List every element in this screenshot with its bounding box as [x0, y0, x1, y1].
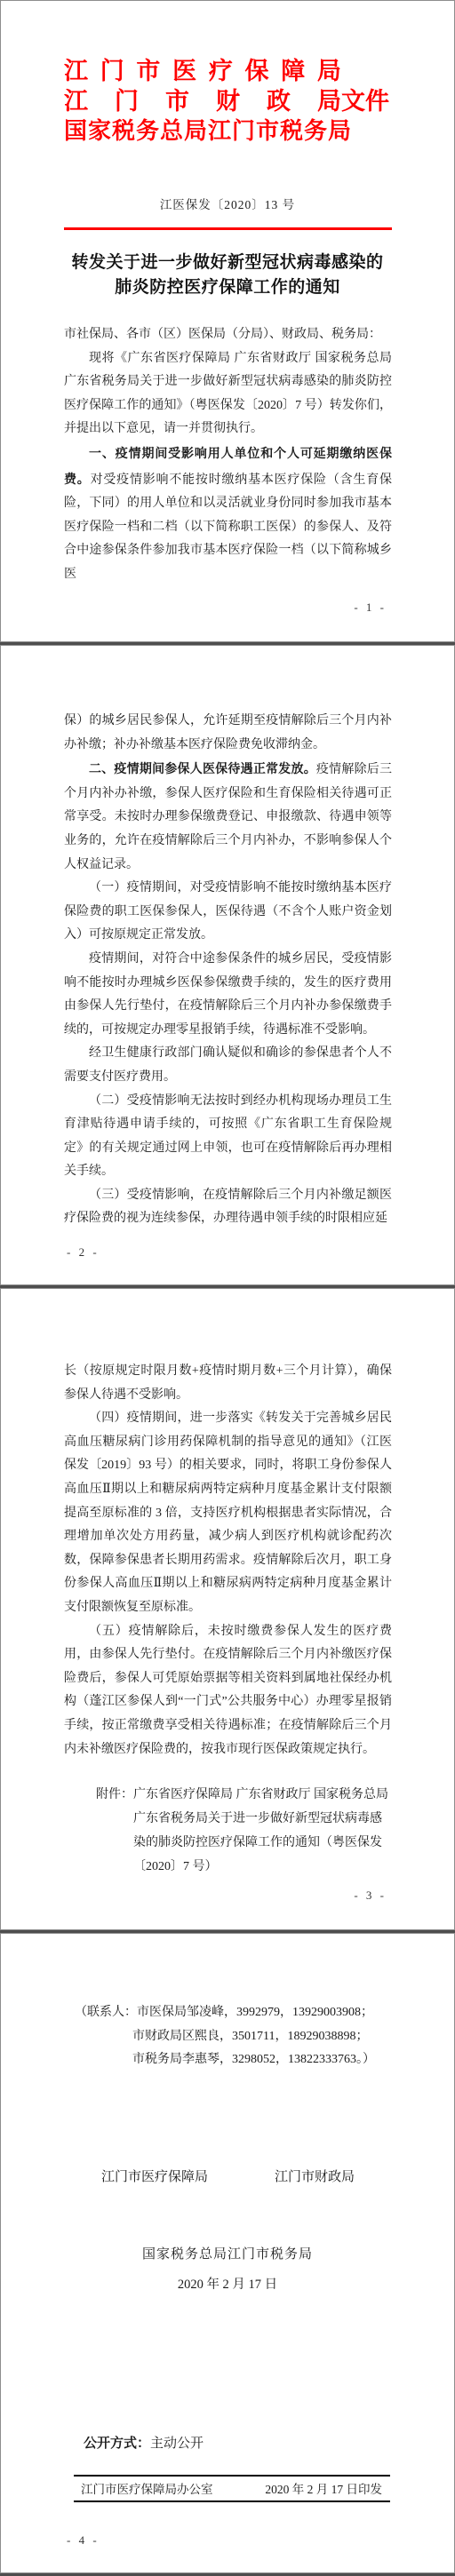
page-2-body: 保）的城乡居民参保人，允许延期至疫情解除后三个月内补办补缴；补办补缴基本医疗保险…: [64, 646, 392, 1231]
publicity-line: 公开方式：主动公开: [84, 2433, 454, 2452]
printing-info-box: 江门市医疗保障局办公室 2020 年 2 月 17 日印发: [74, 2475, 390, 2502]
publicity-label: 公开方式：: [84, 2436, 150, 2451]
page-number-2: - 2 -: [67, 1245, 100, 1260]
attachment-block: 附件： 广东省医疗保障局 广东省财政厅 国家税务总局 广东省税务局关于进一步做好…: [96, 1783, 392, 1879]
letterhead-document-suffix: 文件: [341, 86, 389, 116]
publicity-value: 主动公开: [150, 2437, 204, 2451]
page-number-4: - 4 -: [67, 2533, 100, 2548]
item-1-text: 对受疫情影响不能按时缴纳基本医疗保险（含生育保险，下同）的用人单位和以灵活就业身…: [64, 473, 392, 581]
letterhead-agency-1: 江门市医疗保障局: [64, 56, 341, 86]
document-number: 江医保发〔2020〕13 号: [1, 195, 454, 212]
page-number-3: - 3 -: [354, 1888, 387, 1903]
salutation: 市社保局、各市（区）医保局（分局）、财政局、税务局：: [64, 323, 392, 347]
attachment-label: 附件：: [96, 1783, 133, 1879]
page-number-1: - 1 -: [354, 600, 387, 615]
attachment-text: 广东省医疗保障局 广东省财政厅 国家税务总局 广东省税务局关于进一步做好新型冠状…: [133, 1783, 388, 1879]
sub-item-5-paragraph: （五）疫情解除后，未按时缴费参保人发生的医疗费用，由参保人先行垫付。在疫情解除后…: [64, 1620, 392, 1762]
red-divider-line: [64, 227, 392, 230]
official-document: 江门市医疗保障局 江门市财政局文件 国家税务总局江门市税务局 江医保发〔2020…: [0, 0, 455, 2573]
issuing-office: 江门市医疗保障局办公室: [81, 2479, 213, 2497]
contact-block: （联系人：市医保局邹凌峰，3992979，13929003908； 市财政局区熙…: [64, 1934, 392, 2072]
page-3-body: 长（按原规定时限月数+疫情时期月数+三个月计算），确保参保人待遇不受影响。 （四…: [64, 1289, 392, 1761]
contact-line-1: （联系人：市医保局邹凌峰，3992979，13929003908；: [75, 2001, 392, 2025]
print-date: 2020 年 2 月 17 日印发: [265, 2479, 382, 2497]
contact-line-3: 市税务局李惠琴，3298052，13822333763。）: [132, 2048, 392, 2072]
epidemic-rural-paragraph: 疫情期间，对符合中途参保条件的城乡居民，受疫情影响不能按时办理城乡医保参保缴费手…: [64, 948, 392, 1042]
continuation-paragraph-2: 长（按原规定时限月数+疫情时期月数+三个月计算），确保参保人待遇不受影响。: [64, 1360, 392, 1407]
item-2-text: 疫情解除后三个月内补办补缴，参保人医疗保险和生育保险相关待遇可正常享受。未按时办…: [64, 763, 392, 871]
printing-info-row: 江门市医疗保障局办公室 2020 年 2 月 17 日印发: [74, 2477, 390, 2500]
signature-row: 江门市医疗保障局 江门市财政局: [101, 2167, 355, 2185]
red-letterhead: 江门市医疗保障局 江门市财政局文件 国家税务总局江门市税务局: [64, 56, 454, 147]
page-1-body: 市社保局、各市（区）医保局（分局）、财政局、税务局： 现将《广东省医疗保障局 广…: [64, 323, 392, 587]
letterhead-agency-3: 国家税务总局江门市税务局: [64, 116, 454, 147]
sub-item-1-paragraph: （一）疫情期间，对受疫情影响不能按时缴纳基本医疗保险费的职工医保参保人，医保待遇…: [64, 877, 392, 948]
sub-item-4-paragraph: （四）疫情期间，进一步落实《转发关于完善城乡居民高血压糖尿病门诊用药保障机制的指…: [64, 1407, 392, 1619]
letterhead-agency-2-row: 江门市财政局文件: [64, 86, 454, 116]
document-title-line-2: 肺炎防控医疗保障工作的通知: [1, 275, 454, 300]
item-2-paragraph: 二、疫情期间参保人医保待遇正常发放。疫情解除后三个月内补办补缴，参保人医疗保险和…: [64, 757, 392, 877]
document-title-line-1: 转发关于进一步做好新型冠状病毒感染的: [1, 250, 454, 275]
attachment-line-2: 广东省税务局关于进一步做好新型冠状病毒感: [133, 1807, 388, 1831]
contact-line-2: 市财政局区熙良，3501711，18929038898；: [132, 2025, 392, 2049]
intro-paragraph: 现将《广东省医疗保障局 广东省财政厅 国家税务总局广东省税务局关于进一步做好新型…: [64, 347, 392, 441]
document-title: 转发关于进一步做好新型冠状病毒感染的 肺炎防控医疗保障工作的通知: [1, 250, 454, 300]
item-1-paragraph: 一、疫情期间受影响用人单位和个人可延期缴纳医保费。对受疫情影响不能按时缴纳基本医…: [64, 441, 392, 587]
attachment-line-1: 广东省医疗保障局 广东省财政厅 国家税务总局: [133, 1783, 388, 1807]
document-page-2: 保）的城乡居民参保人，允许延期至疫情解除后三个月内补办补缴；补办补缴基本医疗保险…: [0, 645, 455, 1285]
signature-date: 2020 年 2 月 17 日: [1, 2274, 454, 2293]
continuation-paragraph: 保）的城乡居民参保人，允许延期至疫情解除后三个月内补办补缴；补办补缴基本医疗保险…: [64, 710, 392, 757]
confirmed-patients-paragraph: 经卫生健康行政部门确认疑似和确诊的参保患者个人不需要支付医疗费用。: [64, 1042, 392, 1089]
document-page-1: 江门市医疗保障局 江门市财政局文件 国家税务总局江门市税务局 江医保发〔2020…: [0, 0, 455, 642]
letterhead-agency-2: 江门市财政局: [64, 86, 341, 116]
sub-item-3-paragraph: （三）受疫情影响，在疫情解除后三个月内补缴足额医疗保险费的视为连续参保，办理待遇…: [64, 1184, 392, 1231]
attachment-line-3: 染的肺炎防控医疗保障工作的通知（粤医保发: [133, 1831, 388, 1855]
signer-tax-bureau: 国家税务总局江门市税务局: [1, 2244, 454, 2262]
document-page-4: （联系人：市医保局邹凌峰，3992979，13929003908； 市财政局区熙…: [0, 1933, 455, 2573]
item-2-heading: 二、疫情期间参保人医保待遇正常发放。: [89, 761, 316, 775]
document-page-3: 长（按原规定时限月数+疫情时期月数+三个月计算），确保参保人待遇不受影响。 （四…: [0, 1288, 455, 1930]
attachment-line-4: 〔2020〕7 号）: [133, 1855, 388, 1879]
signer-finance-bureau: 江门市财政局: [275, 2167, 355, 2185]
signer-medical-bureau: 江门市医疗保障局: [101, 2167, 208, 2185]
sub-item-2-paragraph: （二）受疫情影响无法按时到经办机构现场办理员工生育津贴待遇申请手续的，可按照《广…: [64, 1090, 392, 1184]
